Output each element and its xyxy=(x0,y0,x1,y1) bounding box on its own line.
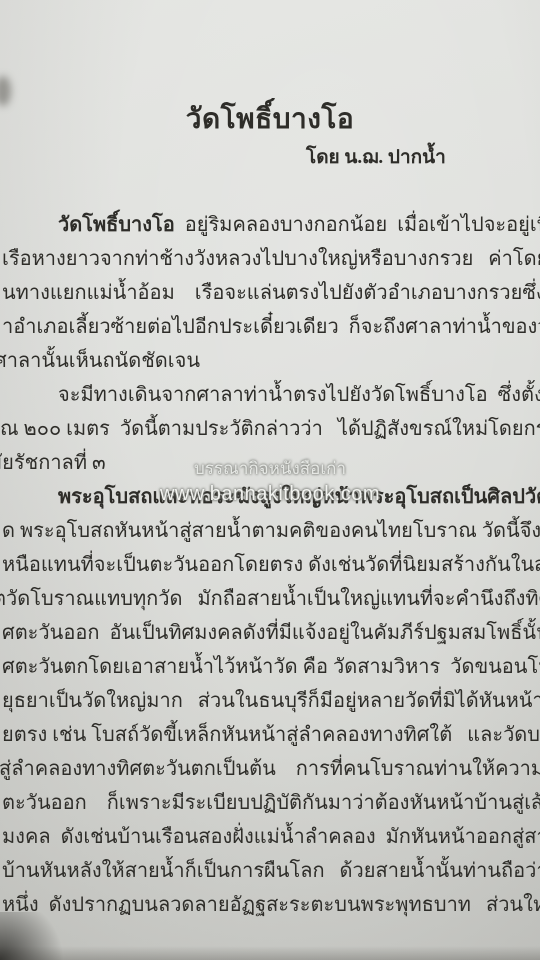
text-line: เรือหางยาวจากท่าช้างวังหลวงไปบางใหญ่หรือ… xyxy=(2,242,540,276)
text-line: ตวัดโบราณแทบทุกวัด มักถือสายน้ำเป็นใหญ่แ… xyxy=(0,582,540,616)
line-text: ศตะวันตกโดยเอาสายน้ำไว้หน้าวัด คือ วัดสา… xyxy=(2,656,540,678)
line-lead: วัดโพธิ์บางโอ xyxy=(58,214,175,236)
text-line: หนือแทนที่จะเป็นตะวันออกโดยตรง ดังเช่นวั… xyxy=(2,548,540,582)
line-text: ตะวันออก ก็เพราะมีระเบียบปฏิบัติกันมาว่า… xyxy=(2,792,540,814)
text-line: มัยรัชกาลที่ ๓ xyxy=(0,446,540,480)
text-line: วัดโพธิ์บางโอ อยู่ริมคลองบางกอกน้อย เมื่… xyxy=(2,208,540,242)
text-line: ด พระอุโบสถหันหน้าสู่สายน้ำตามคติของคนไท… xyxy=(2,514,540,548)
line-text: มัยรัชกาลที่ ๓ xyxy=(0,452,106,474)
text-line: จะมีทางเดินจากศาลาท่าน้ำตรงไปยังวัดโพธิ์… xyxy=(2,378,540,412)
text-line: สู่ลำคลองทางทิศตะวันตกเป็นต้น การที่คนโบ… xyxy=(0,752,540,786)
line-text: หนือแทนที่จะเป็นตะวันออกโดยตรง ดังเช่นวั… xyxy=(2,554,540,576)
text-line: ยตรง เช่น โบสถ์วัดขี้เหล็กหันหน้าสู่ลำคล… xyxy=(2,718,540,752)
line-text: ตวัดโบราณแทบทุกวัด มักถือสายน้ำเป็นใหญ่แ… xyxy=(0,588,540,610)
line-text: จะมีทางเดินจากศาลาท่าน้ำตรงไปยังวัดโพธิ์… xyxy=(58,384,540,406)
line-text: าอำเภอเลี้ยวซ้ายต่อไปอีกประเดี๋ยวเดียว ก… xyxy=(2,316,540,338)
line-text: หนึ่ง ดังปรากฏบนลวดลายอัฏฐสะระตะบนพระพุท… xyxy=(2,894,540,916)
line-text: มงคล ดังเช่นบ้านเรือนสองฝั่งแม่น้ำลำคลอง… xyxy=(2,826,540,848)
line-text: สู่ลำคลองทางทิศตะวันตกเป็นต้น การที่คนโบ… xyxy=(0,758,540,780)
line-text: อยู่ริมคลองบางกอกน้อย เมื่อเข้าไปจะอยู่เ… xyxy=(175,214,540,236)
text-line: ศตะวันออก อันเป็นทิศมงคลดังที่มีแจ้งอยู่… xyxy=(2,616,540,650)
line-text: ยุธยาเป็นวัดใหญ่มาก ส่วนในธนบุรีก็มีอยู่… xyxy=(2,690,540,712)
text-line: ศตะวันตกโดยเอาสายน้ำไว้หน้าวัด คือ วัดสา… xyxy=(2,650,540,684)
text-line: าอำเภอเลี้ยวซ้ายต่อไปอีกประเดี๋ยวเดียว ก… xyxy=(2,310,540,344)
text-line: หนึ่ง ดังปรากฏบนลวดลายอัฏฐสะระตะบนพระพุท… xyxy=(2,888,540,922)
line-text: ศาลานั้นเห็นถนัดชัดเจน xyxy=(0,350,200,372)
text-line: ศาลานั้นเห็นถนัดชัดเจน xyxy=(0,344,540,378)
text-line: พระอุโบสถและหอระฆังสูงใหญ่หน้าพระอุโบสถเ… xyxy=(2,480,540,514)
line-text: เรือหางยาวจากท่าช้างวังหลวงไปบางใหญ่หรือ… xyxy=(2,248,540,270)
bottom-edge-shadow xyxy=(0,946,540,960)
line-lead: พระอุโบสถและหอระฆังสูงใหญ่หน้าพระอุโบสถเ… xyxy=(58,486,540,508)
text-line: บ้านหันหลังให้สายน้ำก็เป็นการผืนโลก ด้วย… xyxy=(2,854,540,888)
line-text: ศตะวันออก อันเป็นทิศมงคลดังที่มีแจ้งอยู่… xyxy=(2,622,540,644)
line-text: ณ ๒๐๐ เมตร วัดนี้ตามประวัติกล่าวว่า ได้ป… xyxy=(0,418,540,440)
line-text: บ้านหันหลังให้สายน้ำก็เป็นการผืนโลก ด้วย… xyxy=(2,860,540,882)
text-line: มงคล ดังเช่นบ้านเรือนสองฝั่งแม่น้ำลำคลอง… xyxy=(2,820,540,854)
text-line: ตะวันออก ก็เพราะมีระเบียบปฏิบัติกันมาว่า… xyxy=(2,786,540,820)
page-title: วัดโพธิ์บางโอ xyxy=(0,97,540,141)
text-line: นทางแยกแม่น้ำอ้อม เรือจะแล่นตรงไปยังตัวอ… xyxy=(2,276,540,310)
author-byline: โดย น.ฌ. ปากน้ำ xyxy=(306,142,446,172)
body-text: วัดโพธิ์บางโอ อยู่ริมคลองบางกอกน้อย เมื่… xyxy=(2,208,540,922)
line-text: นทางแยกแม่น้ำอ้อม เรือจะแล่นตรงไปยังตัวอ… xyxy=(2,282,540,304)
line-text: ด พระอุโบสถหันหน้าสู่สายน้ำตามคติของคนไท… xyxy=(2,520,540,542)
line-text: ยตรง เช่น โบสถ์วัดขี้เหล็กหันหน้าสู่ลำคล… xyxy=(2,724,540,746)
text-line: ณ ๒๐๐ เมตร วัดนี้ตามประวัติกล่าวว่า ได้ป… xyxy=(0,412,540,446)
text-line: ยุธยาเป็นวัดใหญ่มาก ส่วนในธนบุรีก็มีอยู่… xyxy=(2,684,540,718)
book-page-photo: วัดโพธิ์บางโอ โดย น.ฌ. ปากน้ำ วัดโพธิ์บา… xyxy=(0,0,540,960)
